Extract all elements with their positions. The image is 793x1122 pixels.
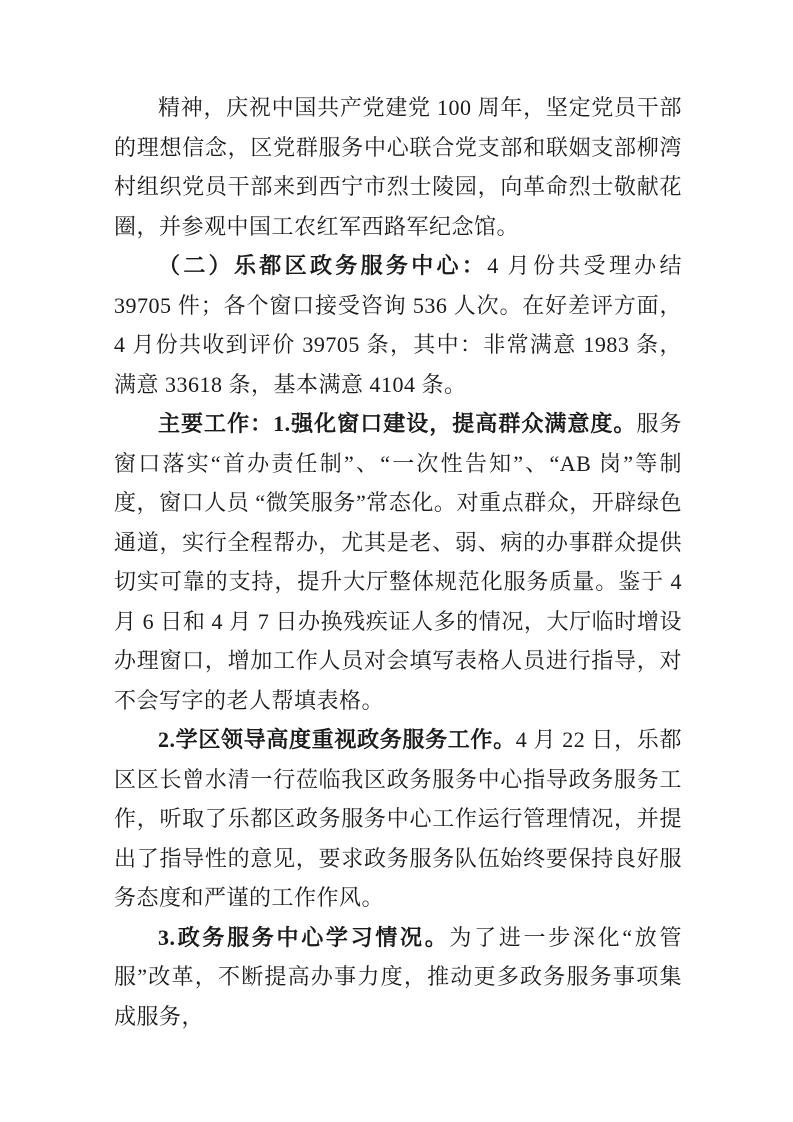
paragraph-4-lead: 2.学区领导高度重视政务服务工作。 (158, 727, 516, 752)
paragraph-3-text: 服务窗口落实“首办责任制”、“一次性告知”、“AB 岗”等制度，窗口人员 “微笑… (114, 411, 682, 713)
paragraph-5-lead: 3.政务服务中心学习情况。 (158, 925, 449, 950)
document-page: 精神，庆祝中国共产党建党 100 周年，坚定党员干部的理想信念，区党群服务中心联… (0, 0, 793, 1122)
document-body: 精神，庆祝中国共产党建党 100 周年，坚定党员干部的理想信念，区党群服务中心联… (114, 88, 682, 1036)
paragraph-2: （二）乐都区政务服务中心：4 月份共受理办结 39705 件；各个窗口接受咨询 … (114, 246, 682, 404)
paragraph-4-text: 4 月 22 日，乐都区区长曾水清一行莅临我区政务服务中心指导政务服务工作，听取… (114, 727, 682, 910)
paragraph-4: 2.学区领导高度重视政务服务工作。4 月 22 日，乐都区区长曾水清一行莅临我区… (114, 720, 682, 918)
paragraph-1-text: 精神，庆祝中国共产党建党 100 周年，坚定党员干部的理想信念，区党群服务中心联… (114, 95, 682, 239)
paragraph-3: 主要工作：1.强化窗口建设，提高群众满意度。服务窗口落实“首办责任制”、“一次性… (114, 404, 682, 720)
paragraph-3-lead: 主要工作：1.强化窗口建设，提高群众满意度。 (158, 411, 636, 436)
paragraph-5: 3.政务服务中心学习情况。为了进一步深化“放管服”改革，不断提高办事力度，推动更… (114, 918, 682, 1037)
paragraph-1: 精神，庆祝中国共产党建党 100 周年，坚定党员干部的理想信念，区党群服务中心联… (114, 88, 682, 246)
paragraph-2-lead: （二）乐都区政务服务中心： (158, 253, 487, 278)
